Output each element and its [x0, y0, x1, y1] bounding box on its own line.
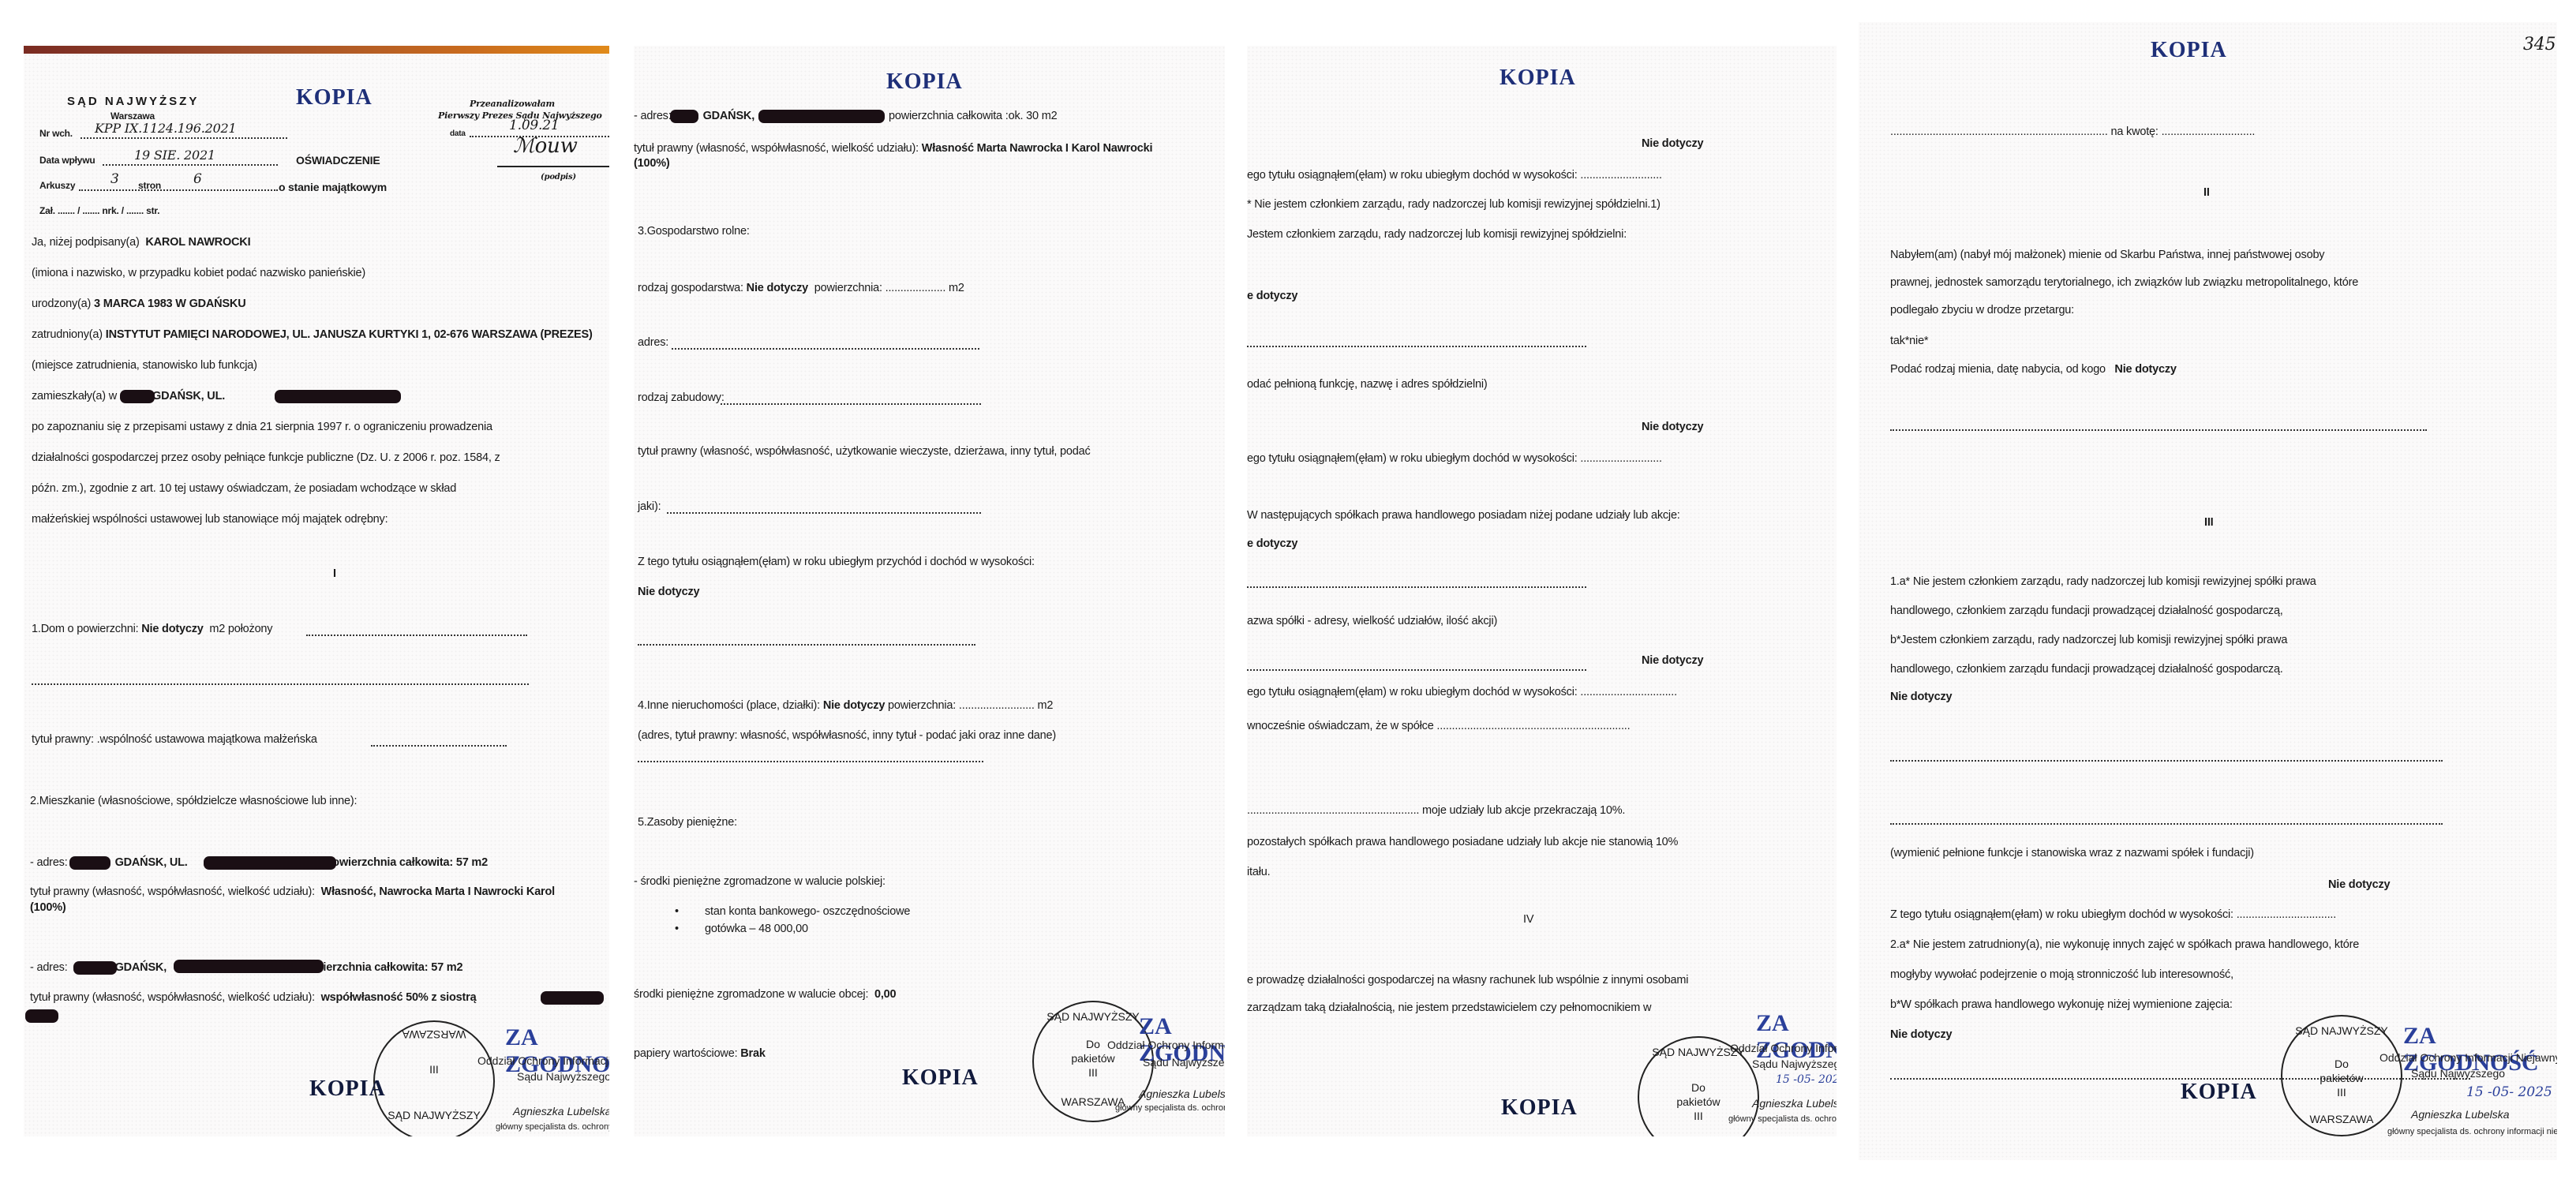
certification-signer: Agnieszka Lubelska	[513, 1105, 609, 1117]
form-title: OŚWIADCZENIE	[296, 153, 380, 167]
certification-signer: Agnieszka Lubelska	[1139, 1088, 1225, 1100]
section-number: III	[2204, 515, 2214, 530]
page-3-line: itału.	[1247, 865, 1270, 879]
employment-line: b*W spółkach prawa handlowego wykonuję n…	[1890, 998, 2233, 1012]
page-3-line: ego tytułu osiągnąłem(ęłam) w roku ubieg…	[1247, 685, 1677, 699]
dotted-line	[79, 189, 278, 191]
sheets-value: 3	[110, 172, 119, 186]
certification-signer: Agnieszka Lubelska	[2411, 1108, 2510, 1121]
page-number: 345	[2523, 38, 2555, 52]
page-3-line: ........................................…	[1247, 803, 1625, 818]
dotted-line	[1890, 823, 2443, 825]
certification-court: Sądu Najwyższego	[517, 1070, 609, 1083]
court-seal: WARSZAWA III SĄD NAJWYŻSZY	[373, 1020, 495, 1136]
cash-item: stan konta bankowego- oszczędnościowe	[705, 904, 910, 919]
board-value: Nie dotyczy	[1890, 690, 1952, 704]
dotted-line	[306, 635, 527, 636]
farm-title: tytuł prawny (własność, współwłasność, u…	[638, 444, 1091, 459]
house-title: tytuł prawny: .wspólność ustawowa majątk…	[32, 732, 317, 747]
flat-1-share: (100%)	[30, 900, 66, 915]
redaction	[174, 960, 324, 973]
dotted-line	[32, 683, 529, 685]
dotted-line	[638, 644, 975, 646]
document-page-1: SĄD NAJWYŻSZY Warszawa KOPIA Nr wch. KPP…	[24, 46, 609, 1136]
dotted-line	[1247, 586, 1586, 588]
redaction	[69, 856, 110, 870]
scan-edge-strip	[24, 46, 609, 54]
page-3-line: Nie dotyczy	[1642, 137, 1703, 151]
functions-note: (wymienić pełnione funkcje i stanowiska …	[1890, 846, 2254, 860]
farm-address: adres:	[638, 335, 668, 350]
dotted-line	[721, 403, 981, 405]
farm-header: 3.Gospodarstwo rolne:	[638, 224, 750, 238]
acquired-line: prawnej, jednostek samorządu terytorialn…	[1890, 275, 2358, 290]
form-subtitle: o stanie majątkowym	[279, 180, 387, 194]
securities: papiery wartościowe: Brak	[634, 1046, 766, 1061]
house-line: 1.Dom o powierzchni: Nie dotyczy m2 poło…	[32, 622, 272, 636]
certification-role: główny specjalista ds. ochrony informacj…	[2387, 1127, 2557, 1136]
employment-note: (miejsce zatrudnienia, stanowisko lub fu…	[32, 358, 257, 372]
page-3-line: odać pełnioną funkcję, nazwę i adres spó…	[1247, 377, 1488, 391]
dotted-line	[1890, 429, 2427, 431]
section-number: II	[2203, 185, 2210, 200]
certification-dept: Oddział Ochrony Informacji Niejawnych	[2379, 1051, 2557, 1064]
functions-value: Nie dotyczy	[2328, 878, 2390, 892]
board-line: handlowego, członkiem zarządu fundacji p…	[1890, 604, 2283, 618]
dotted-line	[1247, 669, 1586, 671]
certification-dept: Oddział Ochrony Informacji Niejawnych	[477, 1054, 609, 1067]
board-line: b*Jestem członkiem zarządu, rady nadzorc…	[1890, 633, 2287, 647]
page-3-line: * Nie jestem członkiem zarządu, rady nad…	[1247, 197, 1661, 212]
flat-3-share: (100%)	[634, 156, 670, 170]
dotted-line	[103, 164, 278, 166]
document-page-4: KOPIA 345 ..............................…	[1859, 22, 2557, 1160]
page-3-line: IV	[1523, 912, 1533, 927]
page-3-line: Jestem członkiem zarządu, rady nadzorcze…	[1247, 227, 1627, 241]
flat-1-title: tytuł prawny (własność, współwłasność, w…	[30, 885, 555, 899]
redaction	[25, 1009, 58, 1023]
nr-value: KPP IX.1124.196.2021	[95, 122, 237, 136]
certification-role: główny specjalista ds. ochrony informacj…	[496, 1122, 609, 1132]
page-3-line: Nie dotyczy	[1642, 653, 1703, 668]
analyzed-date-label: data	[450, 127, 466, 141]
legal-text: małżeńskiej wspólności ustawowej lub sta…	[32, 512, 388, 526]
court-seal: SĄD NAJWYŻSZY Do pakietów III WARSZAWA	[2281, 1015, 2402, 1136]
kopia-stamp: KOPIA	[296, 85, 373, 110]
document-page-3: KOPIA Nie dotyczyego tytułu osiągnąłem(ę…	[1247, 46, 1837, 1136]
kopia-footer: KOPIA	[1501, 1095, 1578, 1121]
farm-income-label: Z tego tytułu osiągnąłem(ęłam) w roku ub…	[638, 555, 1035, 569]
certification-court: Sądu Najwyższego	[2411, 1067, 2505, 1080]
handwritten-signature: ℳouw	[513, 139, 578, 153]
amount-line: ........................................…	[1890, 125, 2255, 139]
declarant-line: Ja, niżej podpisany(a) KAROL NAWROCKI	[32, 235, 250, 249]
pages-value: 6	[193, 172, 202, 186]
other-property-note: (adres, tytuł prawny: własność, współwła…	[638, 728, 1056, 743]
certification-court: Sądu Najwyższego	[1143, 1056, 1225, 1069]
employment-line: mogłyby wywołać podejrzenie o moją stron…	[1890, 968, 2233, 982]
redaction	[120, 390, 155, 403]
certification-date: 15 -05- 2025	[1776, 1073, 1837, 1086]
court-name: SĄD NAJWYŻSZY	[67, 95, 199, 109]
acquired-line: podlegało zbyciu w drodze przetargu:	[1890, 303, 2074, 317]
yes-no-option: tak*nie*	[1890, 334, 1928, 348]
flat-2-title: tytuł prawny (własność, współwłasność, w…	[30, 990, 476, 1005]
certification-role: główny specjalista ds. ochrony informacj…	[1115, 1103, 1225, 1113]
board-line: 1.a* Nie jestem członkiem zarządu, rady …	[1890, 575, 2316, 589]
certification-court: Sądu Najwyższego	[1752, 1058, 1837, 1070]
cash-pln-label: - środki pieniężne zgromadzone w walucie…	[634, 874, 885, 889]
income-line: Z tego tytułu osiągnąłem(ęłam) w roku ub…	[1890, 908, 2336, 922]
page-3-line: zarządzam taką działalnością, nie jestem…	[1247, 1001, 1651, 1015]
page-3-line: e dotyczy	[1247, 289, 1297, 303]
redaction	[204, 856, 336, 870]
redaction	[670, 110, 698, 123]
dotted-line	[371, 745, 507, 747]
certification-date: 15 -05- 2025	[2466, 1084, 2552, 1100]
page-3-line: pozostałych spółkach prawa handlowego po…	[1247, 835, 1678, 849]
certification-heading: ZA ZGODNOŚĆ	[1756, 1010, 1837, 1064]
acquired-detail: Podać rodzaj mienia, datę nabycia, od ko…	[1890, 362, 2177, 376]
kopia-stamp: KOPIA	[1500, 66, 1576, 91]
redaction	[541, 991, 604, 1005]
flat-header: 2.Mieszkanie (własnościowe, spółdzielcze…	[30, 794, 357, 808]
page-3-line: wnocześnie oświadczam, że w spółce .....…	[1247, 719, 1630, 733]
certification-dept: Oddział Ochrony Informacji Niejawnych	[1730, 1042, 1837, 1054]
cash-foreign: środki pieniężne zgromadzone w walucie o…	[634, 987, 896, 1001]
dotted-line	[667, 512, 981, 514]
page-3-line: e prowadzę działalności gospodarczej na …	[1247, 973, 1688, 987]
name-note: (imiona i nazwisko, w przypadku kobiet p…	[32, 266, 365, 280]
certification-role: główny specjalista ds. ochrony informacj…	[1728, 1114, 1837, 1124]
page-3-line: Nie dotyczy	[1642, 420, 1703, 434]
redaction	[758, 110, 885, 123]
board-line: handlowego, członkiem zarządu fundacji p…	[1890, 662, 2283, 676]
kopia-stamp: KOPIA	[2151, 38, 2227, 63]
kopia-footer: KOPIA	[309, 1076, 386, 1102]
page-3-line: e dotyczy	[1247, 537, 1297, 551]
acquired-line: Nabyłem(am) (nabył mój małżonek) mienie …	[1890, 248, 2324, 262]
other-property: 4.Inne nieruchomości (place, działki): N…	[638, 698, 1053, 713]
kopia-stamp: KOPIA	[886, 69, 963, 95]
farm-type: rodzaj gospodarstwa: Nie dotyczy powierz…	[638, 281, 964, 295]
dotted-line	[672, 348, 979, 350]
farm-income-value: Nie dotyczy	[638, 585, 699, 599]
legal-text: działalności gospodarczej przez osoby pe…	[32, 451, 500, 465]
redaction	[73, 961, 117, 975]
flat-3-title: tytuł prawny (własność, współwłasność, w…	[634, 141, 1152, 155]
employment-line: zatrudniony(a) INSTYTUT PAMIĘCI NARODOWE…	[32, 328, 593, 342]
received-value: 19 SIE. 2021	[134, 148, 215, 163]
kopia-footer: KOPIA	[902, 1065, 979, 1091]
dotted-line	[638, 761, 983, 762]
cash-item: gotówka – 48 000,00	[705, 922, 808, 936]
redaction	[275, 390, 401, 403]
sheets-label: Arkuszy	[39, 178, 75, 193]
birth-line: urodzony(a) 3 MARCA 1983 W GDAŃSKU	[32, 297, 245, 311]
received-label: Data wpływu	[39, 153, 95, 167]
nr-label: Nr wch.	[39, 126, 73, 140]
dotted-line	[1247, 346, 1586, 347]
analyzed-date-value: 1.09.21	[509, 118, 560, 133]
dotted-line	[1890, 760, 2443, 762]
cash-header: 5.Zasoby pieniężne:	[638, 815, 737, 829]
employment-line: 2.a* Nie jestem zatrudniony(a), nie wyko…	[1890, 938, 2359, 952]
farm-buildings: rodzaj zabudowy:	[638, 391, 724, 405]
legal-text: późn. zm.), zgodnie z art. 10 tej ustawy…	[32, 481, 456, 496]
attachments-label: Zał. ....... / ....... nrk. / ....... st…	[39, 204, 159, 218]
page-3-line: ego tytułu osiągnąłem(ęłam) w roku ubieg…	[1247, 168, 1662, 182]
certification-dept: Oddział Ochrony Informacji Niejawnych	[1107, 1039, 1225, 1051]
employment-value: Nie dotyczy	[1890, 1028, 1952, 1042]
farm-title-cont: jaki):	[638, 500, 661, 514]
section-number: I	[333, 567, 336, 581]
kopia-footer: KOPIA	[2181, 1080, 2257, 1105]
document-page-2: KOPIA - adres:GDAŃSK,powierzchnia całkow…	[634, 46, 1225, 1136]
signature-line	[497, 166, 609, 167]
dotted-line	[80, 137, 287, 139]
certification-signer: Agnieszka Lubelska	[1752, 1097, 1837, 1110]
signature-label: (podpis)	[541, 170, 576, 185]
page-3-line: W następujących spółkach prawa handloweg…	[1247, 508, 1680, 522]
page-3-line: ego tytułu osiągnąłem(ęłam) w roku ubieg…	[1247, 451, 1662, 466]
legal-text: po zapoznaniu się z przepisami ustawy z …	[32, 420, 492, 434]
page-3-line: azwa spółki - adresy, wielkość udziałów,…	[1247, 614, 1497, 628]
